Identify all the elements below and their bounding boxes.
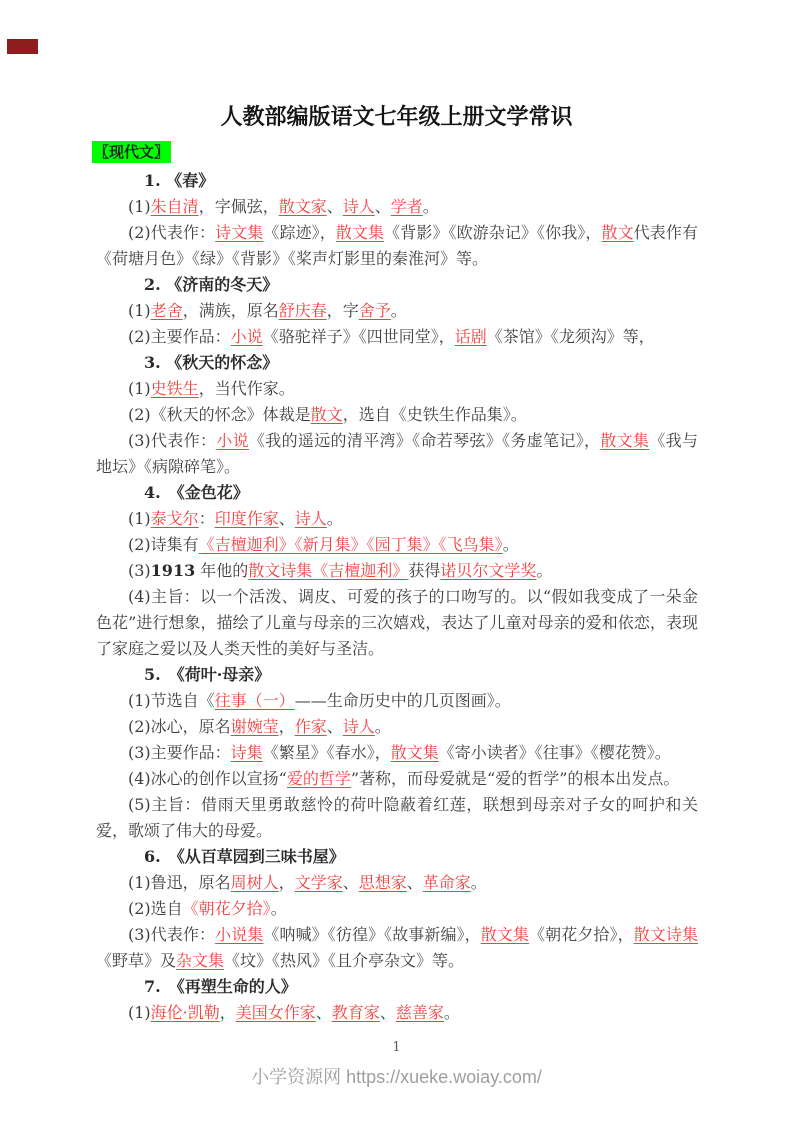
text-segment: (1) [128, 197, 151, 216]
highlighted-term: 往事（一） [215, 691, 295, 710]
text-segment: ，字 [327, 301, 359, 320]
document-body: 1. 《春》(1)朱自清，字佩弦，散文家、诗人、学者。(2)代表作：诗文集《踪迹… [96, 168, 698, 1026]
highlighted-term: 史铁生 [151, 379, 199, 398]
section-heading: 2. 《济南的冬天》 [96, 272, 698, 298]
text-segment: 。 [536, 561, 552, 580]
text-segment: 、 [279, 509, 295, 528]
text-segment: 。 [375, 717, 391, 736]
text-segment: (4)主旨：以一个活泼、调皮、可爱的孩子的口吻写的。以“假如我变成了一朵金色花”… [96, 587, 698, 658]
text-segment: 《我的遥远的清平湾》《命若琴弦》《务虚笔记》， [249, 431, 600, 450]
highlighted-term: 谢婉莹 [231, 717, 279, 736]
text-segment: 年他的 [195, 561, 248, 580]
text-segment: 。 [471, 873, 487, 892]
text-segment: (1) [128, 509, 151, 528]
text-segment: (1) [128, 301, 151, 320]
text-segment: 《朝花夕拾》， [529, 925, 634, 944]
text-segment: ——生命历史中的几页图画》。 [295, 691, 511, 710]
text-segment: ，满族，原名 [183, 301, 279, 320]
text-segment: (2)选自 [128, 899, 183, 918]
text-segment: 、 [316, 1003, 332, 1022]
highlighted-term: 诗集 [231, 743, 263, 762]
highlighted-term: 革命家 [423, 873, 471, 892]
page-number: 1 [0, 1040, 793, 1055]
text-segment: 获得 [408, 561, 440, 580]
paragraph: (3)代表作：小说集《呐喊》《彷徨》《故事新编》，散文集《朝花夕拾》，散文诗集《… [96, 922, 698, 974]
text-segment: (2)冰心，原名 [128, 717, 231, 736]
paragraph: (1)泰戈尔：印度作家、诗人。 [96, 506, 698, 532]
text-segment: 、 [407, 873, 423, 892]
highlighted-term: 小说 [216, 431, 249, 450]
highlighted-term: 思想家 [359, 873, 407, 892]
highlighted-term: 印度作家 [215, 509, 279, 528]
highlighted-term: 散文集 [481, 925, 529, 944]
text-segment: 、 [327, 197, 343, 216]
text-segment: (2)代表作： [128, 223, 215, 242]
highlighted-term: 舍予 [359, 301, 391, 320]
highlighted-term: 散文集 [391, 743, 439, 762]
highlighted-term: 小说 [231, 327, 263, 346]
paragraph: (4)冰心的创作以宣扬“爱的哲学”著称，而母爱就是“爱的哲学”的根本出发点。 [96, 766, 698, 792]
text-segment: (1) [128, 379, 151, 398]
highlighted-term: 话剧 [455, 327, 487, 346]
text-segment: 《野草》及 [96, 951, 176, 970]
section-heading: 3. 《秋天的怀念》 [96, 350, 698, 376]
highlighted-term: 泰戈尔 [151, 509, 199, 528]
text-segment: 、 [343, 873, 359, 892]
text-segment: (3)主要作品： [128, 743, 231, 762]
paragraph: (3)1913 年他的散文诗集《吉檀迦利》获得诺贝尔文学奖。 [96, 558, 698, 584]
section-heading: 1. 《春》 [96, 168, 698, 194]
text-segment: 《踪迹》， [263, 223, 335, 242]
paragraph: (2)《秋天的怀念》体裁是散文，选自《史铁生作品集》。 [96, 402, 698, 428]
paragraph: (1)节选自《往事（一）——生命历史中的几页图画》。 [96, 688, 698, 714]
paragraph: (2)冰心，原名谢婉莹，作家、诗人。 [96, 714, 698, 740]
text-segment: ，当代作家。 [199, 379, 295, 398]
text-segment: 《骆驼祥子》《四世同堂》， [263, 327, 455, 346]
text-segment: 、 [380, 1003, 396, 1022]
text-segment: (1) [128, 1003, 151, 1022]
section-heading: 7. 《再塑生命的人》 [96, 974, 698, 1000]
section-heading: 6. 《从百草园到三味书屋》 [96, 844, 698, 870]
footer-site-link: 小学资源网 https://xueke.woiay.com/ [0, 1063, 793, 1089]
highlighted-term: 学者 [391, 197, 423, 216]
highlighted-term: 杂文集 [176, 951, 224, 970]
text-segment: ，选自《史铁生作品集》。 [343, 405, 527, 424]
highlighted-term: 教育家 [332, 1003, 380, 1022]
highlighted-term: 文学家 [295, 873, 343, 892]
highlighted-term: 美国女作家 [236, 1003, 316, 1022]
highlighted-term: 作家 [295, 717, 327, 736]
text-segment: (2)主要作品： [128, 327, 231, 346]
text-segment: (3)代表作： [128, 925, 215, 944]
text-segment: 《坟》《热风》《且介亭杂文》等。 [224, 951, 464, 970]
text-segment: 。 [391, 301, 407, 320]
text-segment: (4)冰心的创作以宣扬“ [128, 769, 287, 788]
text-segment: (3)代表作： [128, 431, 216, 450]
highlighted-term: 诺贝尔文学奖 [440, 561, 536, 580]
text-segment: ”著称，而母爱就是“爱的哲学”的根本出发点。 [351, 769, 680, 788]
section-heading: 4. 《金色花》 [96, 480, 698, 506]
highlighted-term: 《朝花夕拾》 [183, 899, 271, 918]
highlighted-term: 爱的哲学 [287, 769, 351, 788]
highlighted-term: 慈善家 [396, 1003, 444, 1022]
text-segment: 。 [271, 899, 287, 918]
paragraph: (2)主要作品：小说《骆驼祥子》《四世同堂》，话剧《茶馆》《龙须沟》等， [96, 324, 698, 350]
text-segment: ，字佩弦， [199, 197, 279, 216]
text-segment: 《寄小读者》《往事》《樱花赞》。 [439, 743, 671, 762]
highlighted-term: 诗人 [295, 509, 327, 528]
text-segment: ： [199, 509, 215, 528]
text-segment: (2)诗集有 [128, 535, 199, 554]
highlighted-term: 散文集 [600, 431, 649, 450]
paragraph: (4)主旨：以一个活泼、调皮、可爱的孩子的口吻写的。以“假如我变成了一朵金色花”… [96, 584, 698, 662]
highlighted-term: 海伦·凯勒 [151, 1003, 220, 1022]
paragraph: (1)海伦·凯勒，美国女作家、教育家、慈善家。 [96, 1000, 698, 1026]
highlighted-term: 小说集 [215, 925, 263, 944]
highlighted-term: 1913 [151, 561, 196, 580]
paragraph: (2)代表作：诗文集《踪迹》，散文集《背影》《欧游杂记》《你我》，散文代表作有《… [96, 220, 698, 272]
paragraph: (3)代表作：小说《我的遥远的清平湾》《命若琴弦》《务虚笔记》，散文集《我与地坛… [96, 428, 698, 480]
text-segment: 《背影》《欧游杂记》《你我》， [384, 223, 601, 242]
text-segment: 、 [327, 717, 343, 736]
highlighted-term: 散文家 [279, 197, 327, 216]
paragraph: (5)主旨：借雨天里勇敢慈怜的荷叶隐蔽着红莲，联想到母亲对子女的呵护和关爱，歌颂… [96, 792, 698, 844]
text-segment: 。 [503, 535, 519, 554]
highlighted-term: 舒庆春 [279, 301, 327, 320]
text-segment: 。 [444, 1003, 460, 1022]
text-segment: ， [279, 717, 295, 736]
highlighted-term: 散文诗集 [634, 925, 698, 944]
red-corner-mark [7, 39, 38, 54]
text-segment: (3) [128, 561, 151, 580]
highlighted-term: 散文诗集《吉檀迦利》 [248, 561, 408, 580]
paragraph: (1)史铁生，当代作家。 [96, 376, 698, 402]
page-title: 人教部编版语文七年级上册文学常识 [0, 100, 793, 131]
section-marker-modern-text: 〖现代文〗 [92, 141, 171, 163]
highlighted-term: 诗文集 [215, 223, 263, 242]
text-segment: 《呐喊》《彷徨》《故事新编》， [263, 925, 480, 944]
paragraph: (1)鲁迅，原名周树人，文学家、思想家、革命家。 [96, 870, 698, 896]
paragraph: (1)朱自清，字佩弦，散文家、诗人、学者。 [96, 194, 698, 220]
highlighted-term: 老舍 [151, 301, 183, 320]
text-segment: (2)《秋天的怀念》体裁是 [128, 405, 311, 424]
highlighted-term: 《吉檀迦利》《新月集》《园丁集》《飞鸟集》 [199, 535, 503, 554]
text-segment: (5)主旨：借雨天里勇敢慈怜的荷叶隐蔽着红莲，联想到母亲对子女的呵护和关爱，歌颂… [96, 795, 698, 840]
document-page: 人教部编版语文七年级上册文学常识 〖现代文〗 1. 《春》(1)朱自清，字佩弦，… [0, 0, 793, 1122]
text-segment: 。 [423, 197, 439, 216]
paragraph: (2)选自《朝花夕拾》。 [96, 896, 698, 922]
section-heading: 5. 《荷叶·母亲》 [96, 662, 698, 688]
text-segment: 、 [375, 197, 391, 216]
text-segment: (1)节选自《 [128, 691, 215, 710]
highlighted-term: 散文 [602, 223, 634, 242]
paragraph: (3)主要作品：诗集《繁星》《春水》，散文集《寄小读者》《往事》《樱花赞》。 [96, 740, 698, 766]
highlighted-term: 诗人 [343, 197, 375, 216]
text-segment: 。 [327, 509, 343, 528]
text-segment: (1)鲁迅，原名 [128, 873, 231, 892]
highlighted-term: 朱自清 [151, 197, 199, 216]
highlighted-term: 诗人 [343, 717, 375, 736]
highlighted-term: 周树人 [231, 873, 279, 892]
highlighted-term: 散文集 [336, 223, 384, 242]
paragraph: (2)诗集有《吉檀迦利》《新月集》《园丁集》《飞鸟集》。 [96, 532, 698, 558]
text-segment: 《茶馆》《龙须沟》等， [487, 327, 655, 346]
highlighted-term: 散文 [311, 405, 343, 424]
text-segment: 《繁星》《春水》， [263, 743, 391, 762]
text-segment: ， [220, 1003, 236, 1022]
text-segment: ， [279, 873, 295, 892]
paragraph: (1)老舍，满族，原名舒庆春，字舍予。 [96, 298, 698, 324]
